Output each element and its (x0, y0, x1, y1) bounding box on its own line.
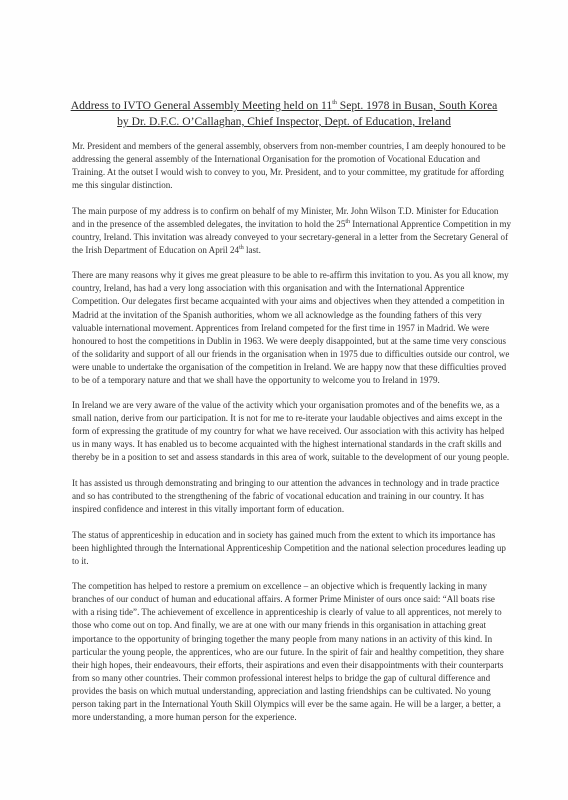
paragraph-invitation: The main purpose of my address is to con… (72, 205, 512, 257)
para2-part-c: last. (244, 245, 261, 255)
paragraph-opening: Mr. President and members of the general… (72, 140, 512, 192)
paragraph-status: The status of apprenticeship in educatio… (72, 529, 512, 568)
title-line-1: Address to IVTO General Assembly Meeting… (71, 99, 498, 112)
paragraph-technology: It has assisted us through demonstrating… (72, 477, 512, 516)
document-body: Mr. President and members of the general… (72, 140, 512, 736)
document-title: Address to IVTO General Assembly Meeting… (40, 98, 528, 130)
title-line-1-text: Address to IVTO General Assembly Meeting… (71, 99, 332, 112)
paragraph-excellence: The competition has helped to restore a … (72, 580, 512, 724)
title-line-2: by Dr. D.F.C. O’Callaghan, Chief Inspect… (117, 115, 451, 128)
paragraph-value: In Ireland we are very aware of the valu… (72, 399, 512, 464)
title-line-1-rest: Sept. 1978 in Busan, South Korea (337, 99, 497, 112)
document-page: Address to IVTO General Assembly Meeting… (0, 0, 568, 800)
paragraph-history: There are many reasons why it gives me g… (72, 269, 512, 386)
